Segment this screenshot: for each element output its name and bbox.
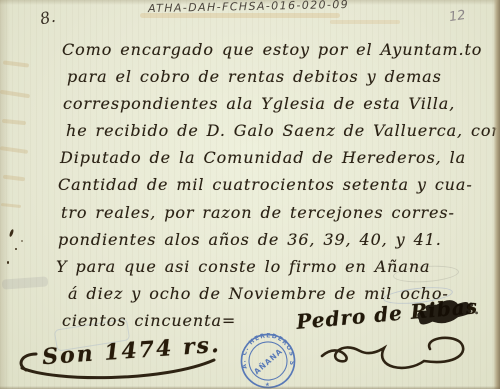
signature-rubric-flourish [318, 332, 478, 372]
manuscript-page: ATHA-DAH-FCHSA-016-020-09 8. 12 Como enc… [0, 0, 500, 389]
ink-speck [21, 240, 23, 242]
page-edge [493, 0, 500, 389]
body-line: correspondientes ala Yglesia de esta Vil… [63, 94, 455, 113]
bleedthrough-mark [1, 203, 21, 208]
ink-speck [9, 229, 15, 238]
body-line: tro reales, por razon de tercejones corr… [61, 203, 455, 222]
body-line: Diputado de la Comunidad de Herederos, l… [60, 148, 466, 167]
body-line: Como encargado que estoy por el Ayuntam.… [62, 40, 482, 59]
body-line: para el cobro de rentas debitos y demas [67, 67, 442, 86]
pencil-page-number: 12 [448, 8, 466, 25]
bleedthrough-mark [0, 146, 28, 154]
bleedthrough-mark [330, 20, 400, 24]
ink-speck [7, 261, 9, 264]
body-line: cientos cincuenta= [62, 311, 236, 330]
bleedthrough-mark [3, 60, 29, 67]
bleedthrough-mark [3, 175, 25, 182]
body-line: á diez y ocho de Noviembre de mil ocho- [68, 284, 449, 303]
bleedthrough-mark [2, 119, 26, 125]
body-line: Cantidad de mil cuatrocientos setenta y … [58, 175, 473, 194]
bleedthrough-mark [2, 276, 49, 289]
bleedthrough-mark [0, 90, 30, 99]
body-line: pondientes alos años de 36, 39, 40, y 41… [58, 230, 442, 249]
ink-speck [15, 248, 17, 250]
amount-underline-flourish [14, 352, 229, 384]
body-line: he recibido de D. Galo Saenz de Valluerc… [66, 121, 500, 140]
body-line: Y para que asi conste lo firmo en Añana [56, 257, 430, 276]
heirs-community-stamp: A. C. HEREDEROS SALINAS AÑANA ★ [235, 328, 301, 389]
folio-number: 8. [38, 7, 57, 29]
stamp-center-text: AÑANA [252, 347, 284, 377]
